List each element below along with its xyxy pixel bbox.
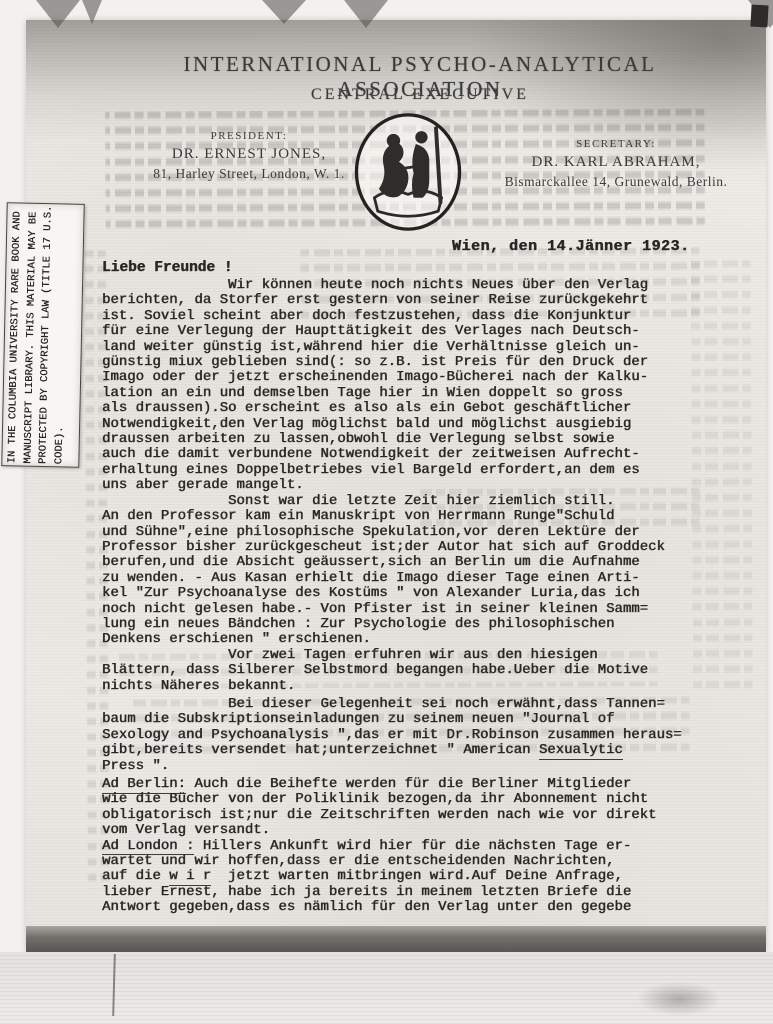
scanned-letter-canvas: INTERNATIONAL PSYCHO-ANALYTICAL ASSOCIAT… bbox=[0, 0, 773, 1024]
scan-corner-mark bbox=[750, 5, 768, 28]
salutation: Liebe Freunde ! bbox=[102, 260, 233, 276]
scan-smudge bbox=[636, 982, 722, 1016]
fold-mark-icon bbox=[36, 0, 80, 28]
ad-berlin-text: Auch die Beihefte werden für die Berline… bbox=[102, 776, 657, 838]
paragraph-verlag-news: Wir können heute noch nichts Neues über … bbox=[102, 278, 754, 494]
columbia-library-stamp-text: IN THE COLUMBIA UNIVERSITY RARE BOOK AND… bbox=[5, 205, 78, 464]
secretary-block: SECRETARY: DR. KARL ABRAHAM, Bismarckall… bbox=[468, 138, 764, 190]
secretary-name: DR. KARL ABRAHAM, bbox=[468, 154, 764, 171]
president-name: DR. ERNEST JONES, bbox=[104, 146, 394, 163]
paragraph-manuscripts: Sonst war die letzte Zeit hier ziemlich … bbox=[102, 494, 754, 648]
page-bottom-edge-shadow bbox=[26, 926, 766, 952]
fold-mark-icon bbox=[82, 0, 102, 24]
letter-body: Wir können heute noch nichts Neues über … bbox=[102, 278, 754, 916]
fold-mark-icon bbox=[262, 0, 306, 24]
paragraph-ad-berlin: Ad Berlin: Auch die Beihefte werden für … bbox=[102, 777, 754, 839]
secretary-address: Bismarckallee 14, Grunewald, Berlin. bbox=[468, 174, 764, 190]
president-role-label: PRESIDENT: bbox=[104, 130, 394, 142]
underlined-press-name: Sexualytic bbox=[539, 742, 623, 760]
president-address: 81, Harley Street, London, W. 1. bbox=[104, 166, 394, 182]
paragraph-tannenbaum: Bei dieser Gelegenheit sei noch erwähnt,… bbox=[102, 697, 754, 774]
president-block: PRESIDENT: DR. ERNEST JONES, 81, Harley … bbox=[104, 130, 394, 182]
secretary-role-label: SECRETARY: bbox=[468, 138, 764, 150]
fold-mark-icon bbox=[344, 0, 388, 28]
columbia-library-stamp: IN THE COLUMBIA UNIVERSITY RARE BOOK AND… bbox=[1, 202, 85, 468]
paragraph-silberer: Vor zwei Tagen erfuhren wir aus den hies… bbox=[102, 648, 754, 694]
dateline: Wien, den 14.Jänner 1923. bbox=[452, 238, 690, 255]
tannenbaum-text-end: Press ". bbox=[102, 758, 169, 774]
paragraph-ad-london: Ad London : Hillers Ankunft wird hier fü… bbox=[102, 839, 754, 916]
organization-subtitle: CENTRAL EXECUTIVE bbox=[100, 86, 740, 104]
oedipus-sphinx-emblem-icon bbox=[352, 110, 464, 234]
